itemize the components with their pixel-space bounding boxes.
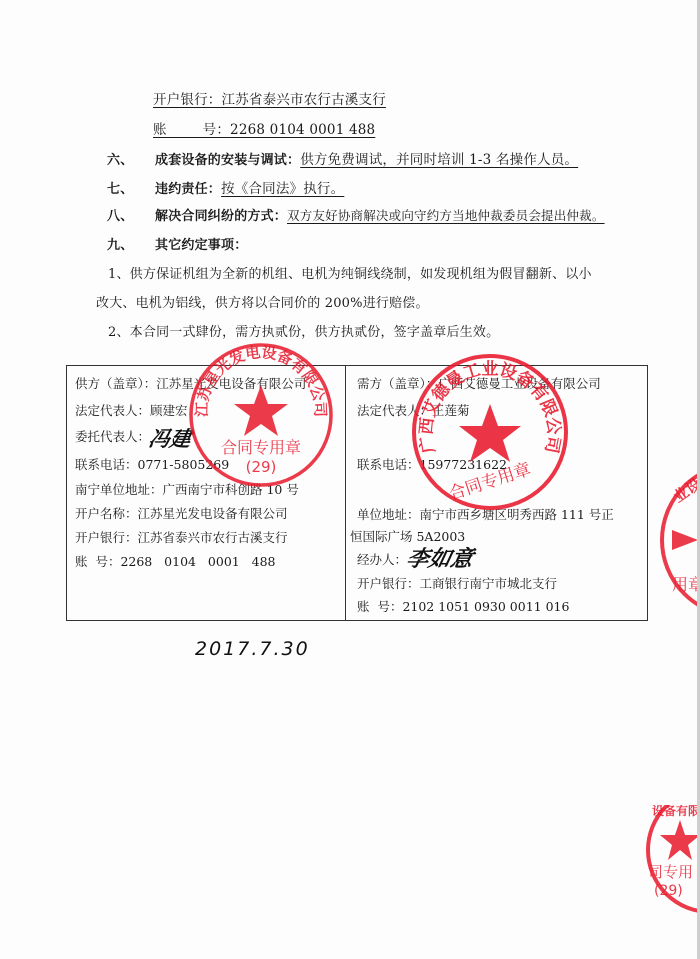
buyer-handler: 经办人：: [357, 548, 407, 571]
header-account-label: 账 号：: [153, 122, 230, 138]
clause-content: 供方免费调试，并同时培训 1-3 名操作人员。: [300, 152, 578, 168]
clause-number: 九、: [107, 234, 155, 253]
buyer-handler-label: 经办人：: [357, 552, 407, 567]
buyer-party: 需方（盖章）：广西艾德曼工业设备有限公司: [357, 372, 601, 395]
header-bank-line: 开户银行：江苏省泰兴市农行古溪支行: [153, 88, 386, 108]
clause-9: 九、其它约定事项：: [107, 234, 247, 253]
clause-title: 解决合同纠纷的方式：: [155, 209, 287, 224]
svg-text:业设备有: 业设备有: [670, 457, 700, 506]
supplier-agent-label: 委托代表人：: [75, 429, 150, 444]
clause-number: 七、: [107, 178, 155, 197]
supplier-account-name: 开户名称：江苏星光发电设备有限公司: [75, 502, 288, 525]
buyer-bank: 开户银行：工商银行南宁市城北支行: [357, 572, 557, 595]
supplier-phone: 联系电话：0771-5805269: [75, 453, 229, 476]
supplier-party: 供方（盖章）：江苏星光发电设备有限公司: [75, 372, 306, 395]
buyer-address-1: 单位地址：南宁市西乡塘区明秀西路 111 号正: [357, 503, 614, 526]
signature-table: 供方（盖章）：江苏星光发电设备有限公司 法定代表人：顾建宏 委托代表人： 冯建 …: [66, 365, 648, 621]
svg-text:用章: 用章: [672, 575, 700, 594]
other-term-1a: 1、供方保证机组为全新的机组、电机为纯铜线绕制，如发现机组为假冒翻新、以小: [108, 263, 592, 282]
clause-title: 其它约定事项：: [155, 238, 247, 253]
supplier-account: 账 号：2268 0104 0001 488: [75, 550, 276, 573]
clause-content: 双方友好协商解决或向守约方当地仲裁委员会提出仲裁。: [287, 208, 605, 223]
supplier-agent: 委托代表人：: [75, 425, 150, 448]
contract-page: 开户银行：江苏省泰兴市农行古溪支行 账 号：2268 0104 0001 488…: [0, 0, 700, 959]
supplier-bank: 开户银行：江苏省泰兴市农行古溪支行: [75, 526, 288, 549]
supplier-nanning-address: 南宁单位地址：广西南宁市科创路 10 号: [75, 478, 299, 501]
clause-content: 按《合同法》执行。: [221, 181, 344, 197]
supplier-legal-rep: 法定代表人：顾建宏: [75, 399, 188, 422]
svg-text:司专用: 司专用: [648, 863, 693, 881]
edge-seal-bottom: 设备有限 司专用 (29): [640, 805, 700, 915]
handwritten-date: 2017.7.30: [195, 638, 310, 660]
other-term-1b: 改大、电机为铝线，供方将以合同价的 200%进行赔偿。: [96, 292, 429, 311]
table-divider: [345, 366, 346, 620]
clause-number: 六、: [107, 149, 155, 168]
buyer-legal-rep: 法定代表人：王莲菊: [357, 399, 470, 422]
svg-text:(29): (29): [654, 883, 683, 899]
buyer-handler-signature: 李如意: [404, 542, 477, 573]
svg-text:设备有限: 设备有限: [652, 805, 700, 818]
clause-6: 六、成套设备的安装与调试：供方免费调试，并同时培训 1-3 名操作人员。: [107, 148, 578, 168]
clause-7: 七、违约责任：按《合同法》执行。: [107, 177, 344, 197]
clause-title: 违约责任：: [155, 182, 221, 197]
buyer-account: 账 号：2102 1051 0930 0011 016: [357, 595, 569, 618]
clause-8: 八、解决合同纠纷的方式：双方友好协商解决或向守约方当地仲裁委员会提出仲裁。: [107, 205, 605, 224]
clause-title: 成套设备的安装与调试：: [155, 153, 300, 168]
clause-number: 八、: [107, 205, 155, 224]
buyer-phone: 联系电话：15977231622: [357, 453, 507, 476]
header-account-value: 2268 0104 0001 488: [230, 122, 375, 138]
other-term-2: 2、本合同一式肆份，需方执贰份，供方执贰份，签字盖章后生效。: [108, 321, 499, 340]
supplier-agent-signature: 冯建: [146, 423, 193, 453]
header-account-line: 账 号：2268 0104 0001 488: [153, 118, 375, 138]
